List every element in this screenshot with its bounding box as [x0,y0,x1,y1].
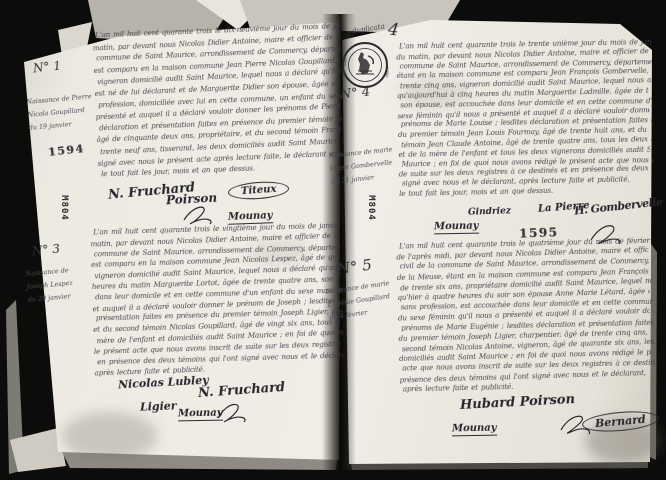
archive-side-stamp: M804 [364,190,376,226]
registry-scan: N° 1 Naissance de PierreNicola Goupillar… [0,0,666,480]
margin-note: Naissance de marielouise Gombervelledu 3… [328,143,396,188]
signature-flourish-icon [212,398,252,426]
paper-stain [62,412,157,460]
act-body-text: L'an mil huit cent quarante trois le qua… [396,235,652,395]
act-body-text: L'an mil huit cent quarante trois le vin… [90,220,342,379]
signature: Ligier [140,399,177,413]
act-number: N° 3 [31,242,60,259]
act-body-text: L'an mil huit cent quarante trois le tre… [396,37,651,199]
signature: Mounay [452,423,497,437]
signature: Mounay [434,221,479,235]
margin-note: Naissance deJoseph Lespezdu 20 janvier [25,264,74,307]
svg-text:TIMBRE: TIMBRE [344,54,348,68]
folio-number: 4 [387,19,400,40]
act-body-text: L'an mil huit cent quarante trois le dix… [92,20,343,181]
revenue-stamp-icon: TIMBRE ROYAL [340,40,390,90]
act-number: N° 1 [32,59,61,76]
svg-text:ROYAL: ROYAL [385,67,389,78]
signature: Gindriez [468,206,511,217]
act-number: N° 4 [339,84,371,102]
signature-flourish-icon [556,410,596,438]
margin-note: Naissance de PierreNicola Goupillarddu 1… [26,90,94,135]
archive-side-stamp: M804 [57,190,69,226]
